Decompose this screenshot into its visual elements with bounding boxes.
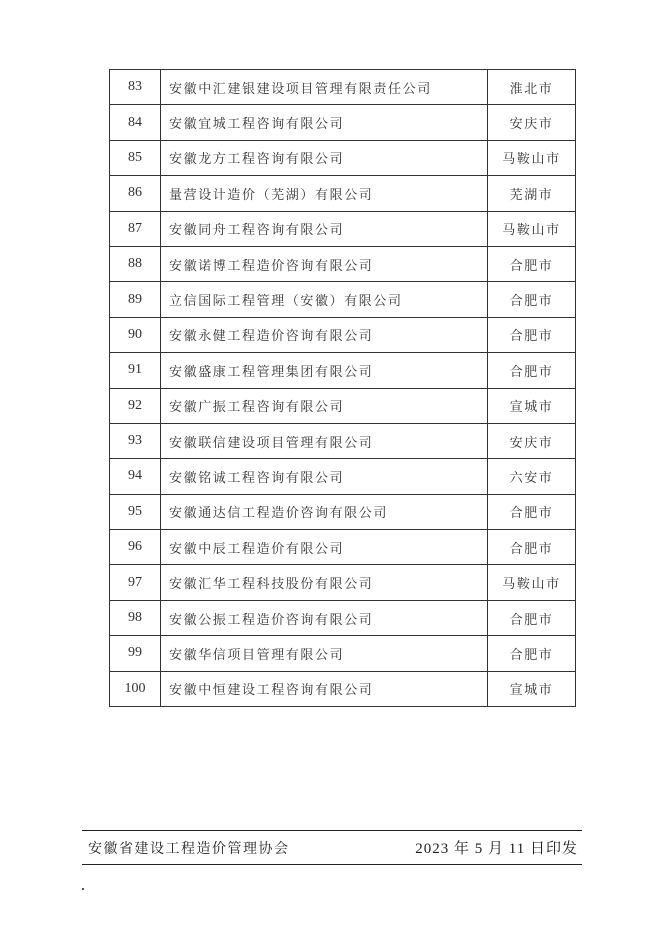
company-city: 宣城市 xyxy=(488,671,576,706)
company-name: 立信国际工程管理（安徽）有限公司 xyxy=(161,282,488,317)
table-row: 95安徽通达信工程造价咨询有限公司合肥市 xyxy=(110,494,576,529)
company-city: 宣城市 xyxy=(488,388,576,423)
company-city: 马鞍山市 xyxy=(488,140,576,175)
row-number: 96 xyxy=(110,530,161,565)
row-number: 92 xyxy=(110,388,161,423)
table-row: 96安徽中辰工程造价有限公司合肥市 xyxy=(110,530,576,565)
company-city: 六安市 xyxy=(488,459,576,494)
row-number: 89 xyxy=(110,282,161,317)
company-name: 安徽通达信工程造价咨询有限公司 xyxy=(161,494,488,529)
row-number: 87 xyxy=(110,211,161,246)
company-city: 合肥市 xyxy=(488,636,576,671)
table-row: 98安徽公振工程造价咨询有限公司合肥市 xyxy=(110,600,576,635)
table-row: 89立信国际工程管理（安徽）有限公司合肥市 xyxy=(110,282,576,317)
table-row: 97安徽汇华工程科技股份有限公司马鞍山市 xyxy=(110,565,576,600)
company-city: 合肥市 xyxy=(488,282,576,317)
company-name: 安徽龙方工程咨询有限公司 xyxy=(161,140,488,175)
company-name: 安徽中辰工程造价有限公司 xyxy=(161,530,488,565)
table-row: 93安徽联信建设项目管理有限公司安庆市 xyxy=(110,423,576,458)
row-number: 97 xyxy=(110,565,161,600)
row-number: 99 xyxy=(110,636,161,671)
company-name: 安徽同舟工程咨询有限公司 xyxy=(161,211,488,246)
table-row: 99安徽华信项目管理有限公司合肥市 xyxy=(110,636,576,671)
table-row: 94安徽铭诚工程咨询有限公司六安市 xyxy=(110,459,576,494)
row-number: 94 xyxy=(110,459,161,494)
company-city: 芜湖市 xyxy=(488,176,576,211)
company-city: 马鞍山市 xyxy=(488,565,576,600)
company-city: 安庆市 xyxy=(488,423,576,458)
company-list-body: 83安徽中汇建银建设项目管理有限责任公司淮北市84安徽宜城工程咨询有限公司安庆市… xyxy=(110,70,576,707)
company-city: 合肥市 xyxy=(488,317,576,352)
company-name: 安徽诺博工程造价咨询有限公司 xyxy=(161,246,488,281)
company-city: 合肥市 xyxy=(488,494,576,529)
row-number: 86 xyxy=(110,176,161,211)
table-row: 85安徽龙方工程咨询有限公司马鞍山市 xyxy=(110,140,576,175)
company-city: 合肥市 xyxy=(488,530,576,565)
company-name: 安徽中汇建银建设项目管理有限责任公司 xyxy=(161,70,488,105)
company-city: 合肥市 xyxy=(488,600,576,635)
table-row: 100安徽中恒建设工程咨询有限公司宣城市 xyxy=(110,671,576,706)
page-mark xyxy=(82,888,84,890)
company-list-table: 83安徽中汇建银建设项目管理有限责任公司淮北市84安徽宜城工程咨询有限公司安庆市… xyxy=(109,69,576,707)
company-name: 安徽华信项目管理有限公司 xyxy=(161,636,488,671)
table-row: 91安徽盛康工程管理集团有限公司合肥市 xyxy=(110,353,576,388)
company-name: 安徽宜城工程咨询有限公司 xyxy=(161,105,488,140)
row-number: 90 xyxy=(110,317,161,352)
company-name: 安徽中恒建设工程咨询有限公司 xyxy=(161,671,488,706)
row-number: 91 xyxy=(110,353,161,388)
company-city: 淮北市 xyxy=(488,70,576,105)
table-row: 86量营设计造价（芜湖）有限公司芜湖市 xyxy=(110,176,576,211)
row-number: 84 xyxy=(110,105,161,140)
company-city: 合肥市 xyxy=(488,353,576,388)
document-footer: 安徽省建设工程造价管理协会 2023 年 5 月 11 日印发 xyxy=(82,830,582,865)
company-name: 安徽永健工程造价咨询有限公司 xyxy=(161,317,488,352)
company-name: 安徽联信建设项目管理有限公司 xyxy=(161,423,488,458)
company-name: 安徽公振工程造价咨询有限公司 xyxy=(161,600,488,635)
row-number: 88 xyxy=(110,246,161,281)
row-number: 98 xyxy=(110,600,161,635)
company-name: 量营设计造价（芜湖）有限公司 xyxy=(161,176,488,211)
table-row: 83安徽中汇建银建设项目管理有限责任公司淮北市 xyxy=(110,70,576,105)
company-city: 安庆市 xyxy=(488,105,576,140)
table-row: 92安徽广振工程咨询有限公司宣城市 xyxy=(110,388,576,423)
table-row: 84安徽宜城工程咨询有限公司安庆市 xyxy=(110,105,576,140)
table-row: 88安徽诺博工程造价咨询有限公司合肥市 xyxy=(110,246,576,281)
issue-date: 2023 年 5 月 11 日印发 xyxy=(415,837,582,858)
company-name: 安徽盛康工程管理集团有限公司 xyxy=(161,353,488,388)
company-city: 合肥市 xyxy=(488,246,576,281)
row-number: 93 xyxy=(110,423,161,458)
company-name: 安徽广振工程咨询有限公司 xyxy=(161,388,488,423)
issuing-organization: 安徽省建设工程造价管理协会 xyxy=(82,838,290,858)
table-row: 87安徽同舟工程咨询有限公司马鞍山市 xyxy=(110,211,576,246)
company-name: 安徽汇华工程科技股份有限公司 xyxy=(161,565,488,600)
company-name: 安徽铭诚工程咨询有限公司 xyxy=(161,459,488,494)
row-number: 83 xyxy=(110,70,161,105)
row-number: 85 xyxy=(110,140,161,175)
row-number: 100 xyxy=(110,671,161,706)
row-number: 95 xyxy=(110,494,161,529)
table-row: 90安徽永健工程造价咨询有限公司合肥市 xyxy=(110,317,576,352)
company-city: 马鞍山市 xyxy=(488,211,576,246)
